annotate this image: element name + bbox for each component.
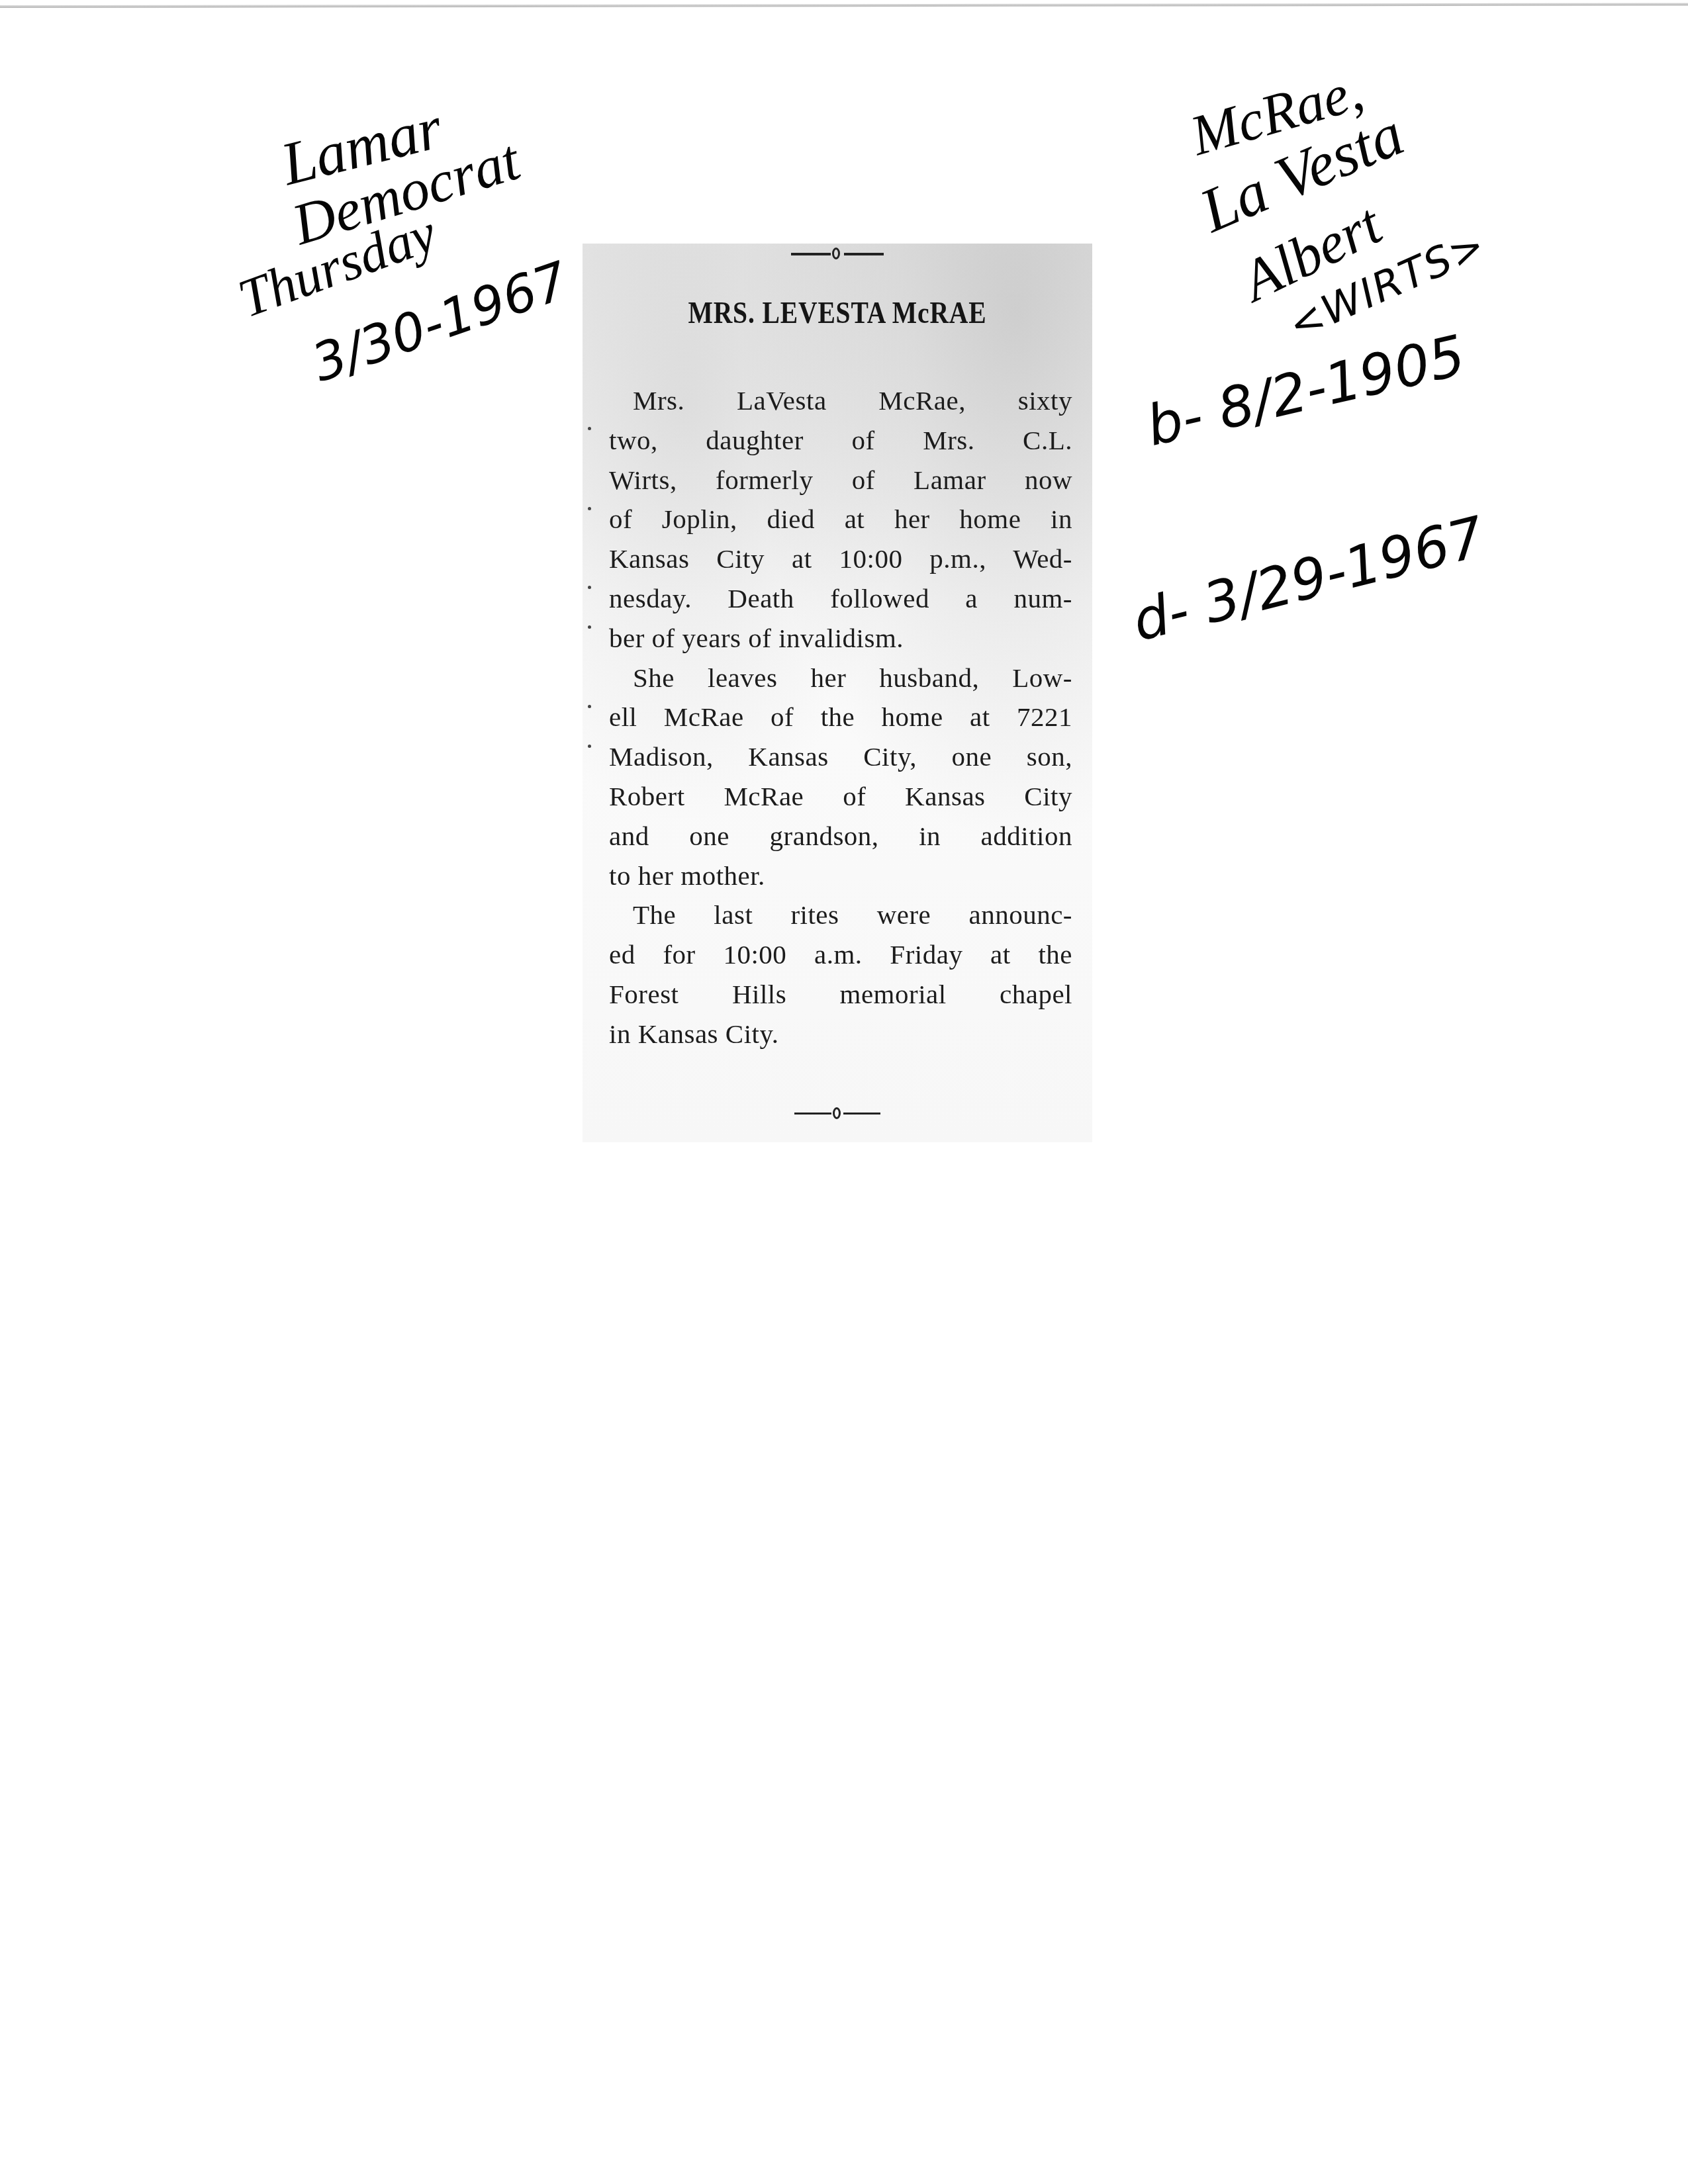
margin-dot — [588, 625, 591, 629]
obituary-line: ed for 10:00 a.m. Friday at the — [609, 935, 1072, 975]
handwritten-death-date: d- 3/29-1967 — [1126, 504, 1491, 654]
scan-edge-line — [0, 3, 1688, 8]
obituary-line: in Kansas City. — [609, 1015, 1072, 1054]
margin-dot — [588, 705, 591, 708]
obituary-line: and one grandson, in addition — [609, 817, 1072, 856]
margin-dot — [588, 427, 591, 430]
obituary-line: Wirts, formerly of Lamar now — [609, 461, 1072, 500]
obituary-line: She leaves her husband, Low- — [609, 659, 1072, 698]
obituary-line: Forest Hills memorial chapel — [609, 975, 1072, 1015]
obituary-line: Madison, Kansas City, one son, — [609, 737, 1072, 777]
ornament-divider-icon — [791, 248, 884, 259]
margin-dot — [588, 745, 591, 748]
obituary-line: ber of years of invalidism. — [609, 619, 1072, 659]
obituary-line: nesday. Death followed a num- — [609, 579, 1072, 619]
obituary-line: to her mother. — [609, 856, 1072, 896]
obituary-line: of Joplin, died at her home in — [609, 500, 1072, 539]
obituary-line: Mrs. LaVesta McRae, sixty — [609, 381, 1072, 421]
ornament-divider-icon — [794, 1107, 880, 1119]
obituary-body: Mrs. LaVesta McRae, sixtytwo, daughter o… — [609, 381, 1072, 1054]
obituary-line: two, daughter of Mrs. C.L. — [609, 421, 1072, 461]
obituary-line: The last rites were announc- — [609, 895, 1072, 935]
newspaper-clipping: MRS. LEVESTA McRAE Mrs. LaVesta McRae, s… — [583, 244, 1092, 1142]
obituary-line: ell McRae of the home at 7221 — [609, 698, 1072, 737]
margin-dot — [588, 507, 591, 510]
margin-dot — [588, 586, 591, 589]
obituary-line: Robert McRae of Kansas City — [609, 777, 1072, 817]
obituary-headline: MRS. LEVESTA McRAE — [618, 295, 1056, 330]
obituary-line: Kansas City at 10:00 p.m., Wed- — [609, 539, 1072, 579]
